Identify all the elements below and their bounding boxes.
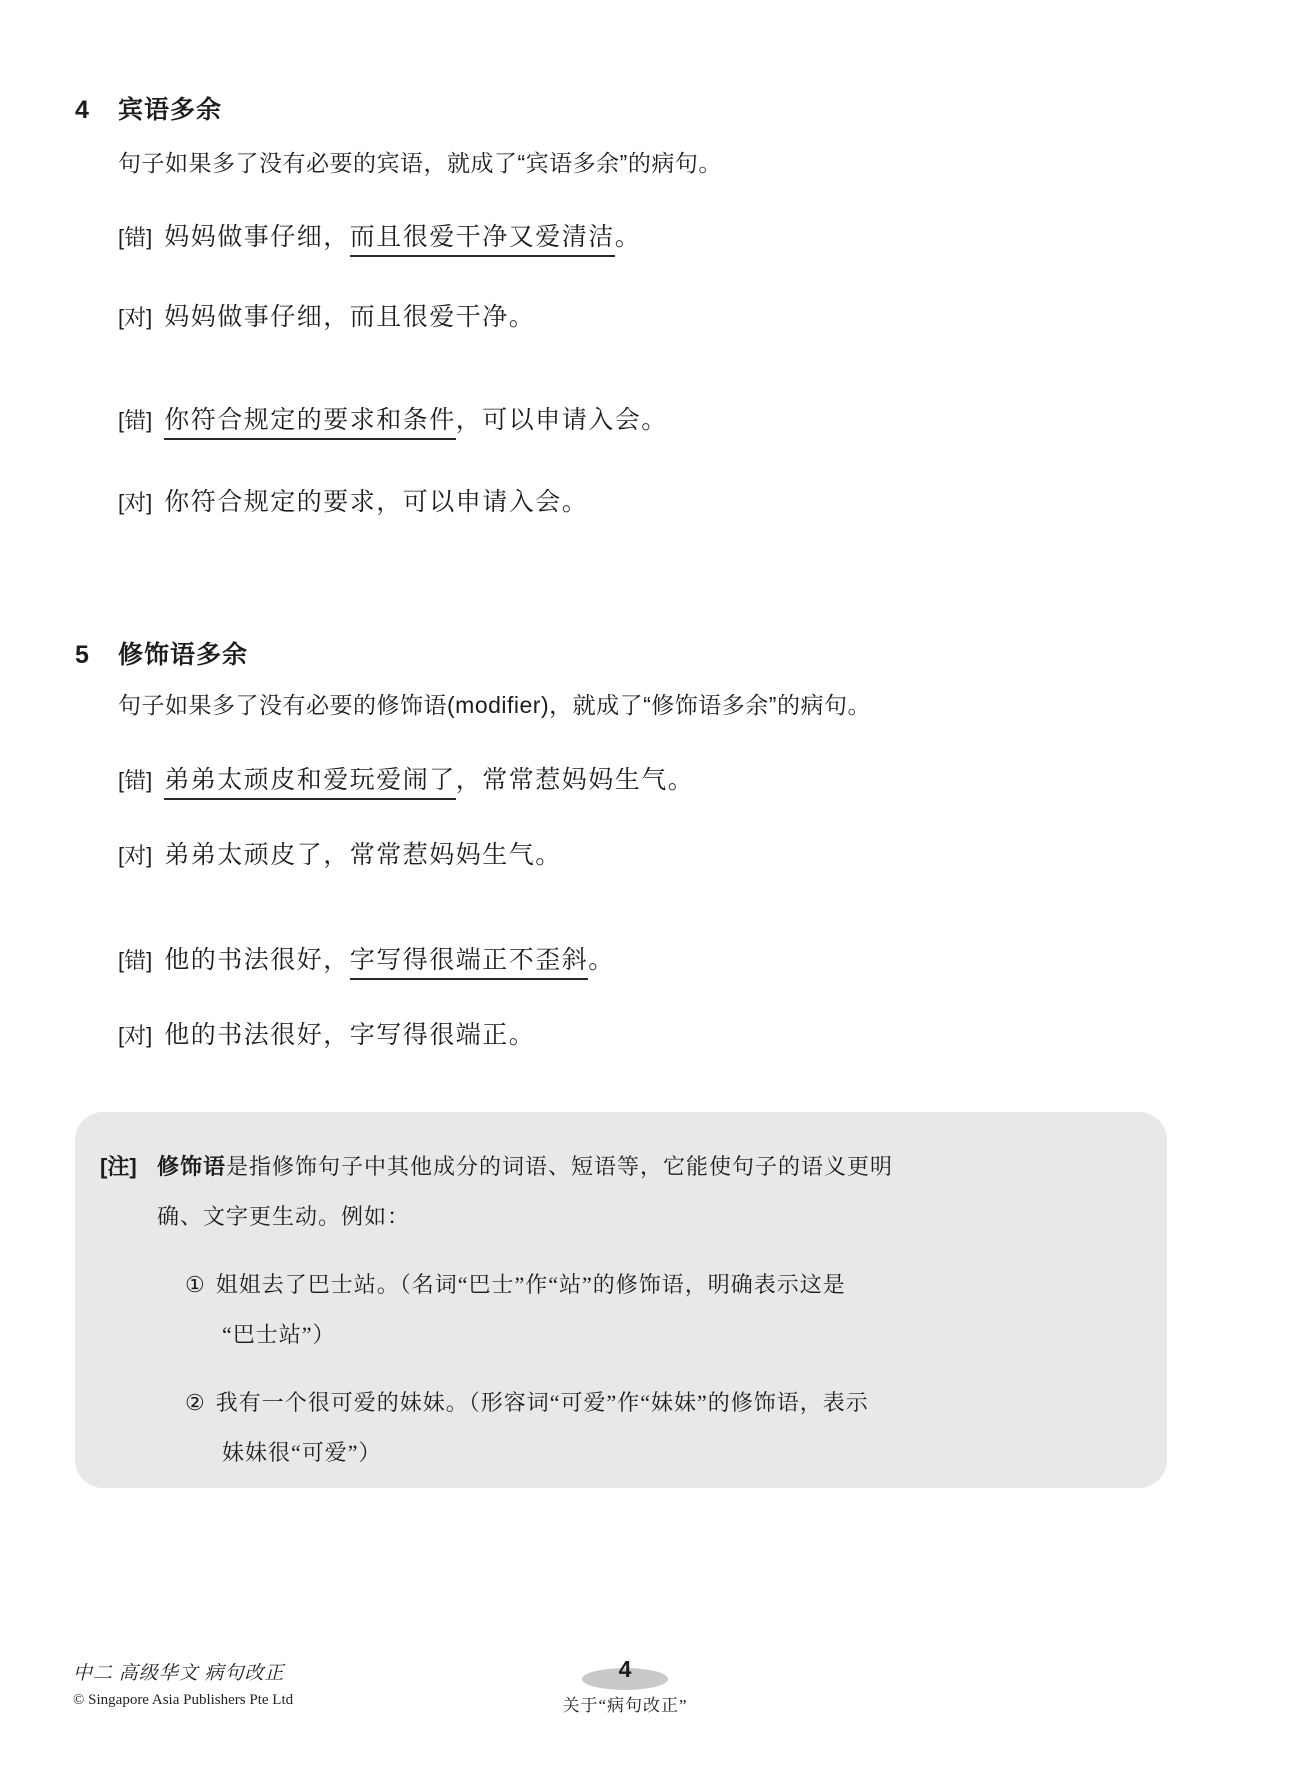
right-example-4: [对]他的书法很好，字写得很端正。 bbox=[118, 1018, 535, 1054]
sentence-post: ，可以申请入会。 bbox=[456, 407, 668, 434]
sentence-text: 他的书法很好，字写得很端正。 bbox=[164, 1022, 535, 1049]
wrong-tag: [错] bbox=[118, 768, 152, 793]
note-box: [注] 修饰语是指修饰句子中其他成分的词语、短语等，它能使句子的语义更明 确、文… bbox=[75, 1112, 1167, 1488]
footer-center: 4 关于“病句改正” bbox=[510, 1656, 740, 1736]
footer-left: 中二 高级华文 病句改正 © Singapore Asia Publishers… bbox=[73, 1658, 293, 1709]
circled-2-marker: ② bbox=[185, 1390, 206, 1415]
note-example-1-line-1: 姐姐去了巴士站。（名词“巴士”作“站”的修饰语，明确表示这是 bbox=[216, 1272, 846, 1297]
right-example-3: [对]弟弟太顽皮了，常常惹妈妈生气。 bbox=[118, 838, 562, 874]
wrong-tag: [错] bbox=[118, 225, 152, 250]
page-number: 4 bbox=[510, 1656, 740, 1683]
section-4-intro: 句子如果多了没有必要的宾语，就成了“宾语多余”的病句。 bbox=[118, 148, 722, 179]
note-label: [注] bbox=[100, 1142, 157, 1478]
wrong-example-4: [错]他的书法很好，字写得很端正不歪斜。 bbox=[118, 943, 615, 979]
sentence-post: ，常常惹妈妈生气。 bbox=[456, 767, 695, 794]
wrong-example-1: [错]妈妈做事仔细，而且很爱干净又爱清洁。 bbox=[118, 220, 641, 256]
section-5-title: 修饰语多余 bbox=[118, 635, 248, 671]
right-tag: [对] bbox=[118, 490, 152, 515]
circled-1-marker: ① bbox=[185, 1272, 206, 1297]
section-4-heading: 4 宾语多余 bbox=[75, 90, 222, 126]
wrong-tag: [错] bbox=[118, 408, 152, 433]
right-tag: [对] bbox=[118, 1023, 152, 1048]
note-example-1: ①姐姐去了巴士站。（名词“巴士”作“站”的修饰语，明确表示这是 “巴士站”） bbox=[185, 1260, 1139, 1360]
section-5-heading: 5 修饰语多余 bbox=[75, 635, 248, 671]
note-example-2: ②我有一个很可爱的妹妹。（形容词“可爱”作“妹妹”的修饰语，表示 妹妹很“可爱”… bbox=[185, 1378, 1139, 1478]
note-term: 修饰语 bbox=[157, 1154, 226, 1179]
right-tag: [对] bbox=[118, 305, 152, 330]
sentence-post: 。 bbox=[615, 224, 642, 251]
wrong-tag: [错] bbox=[118, 948, 152, 973]
sentence-text: 妈妈做事仔细，而且很爱干净。 bbox=[164, 304, 535, 331]
sentence-pre: 他的书法很好， bbox=[164, 947, 350, 974]
footer-chapter: 关于“病句改正” bbox=[510, 1691, 740, 1716]
underlined-phrase: 字写得很端正不歪斜 bbox=[350, 947, 589, 980]
sentence-post: 。 bbox=[588, 947, 615, 974]
section-4-title: 宾语多余 bbox=[118, 90, 222, 126]
note-body-line-1: 是指修饰句子中其他成分的词语、短语等，它能使句子的语义更明 bbox=[226, 1154, 893, 1179]
note-example-2-line-1: 我有一个很可爱的妹妹。（形容词“可爱”作“妹妹”的修饰语，表示 bbox=[216, 1390, 869, 1415]
wrong-example-3: [错]弟弟太顽皮和爱玩爱闹了，常常惹妈妈生气。 bbox=[118, 763, 694, 799]
note-example-2-line-2: 妹妹很“可爱”） bbox=[222, 1428, 1139, 1478]
wrong-example-2: [错]你符合规定的要求和条件，可以申请入会。 bbox=[118, 403, 668, 439]
note-paragraph: 修饰语是指修饰句子中其他成分的词语、短语等，它能使句子的语义更明 确、文字更生动… bbox=[157, 1142, 1139, 1242]
footer-book-title: 中二 高级华文 病句改正 bbox=[73, 1658, 293, 1685]
sentence-text: 弟弟太顽皮了，常常惹妈妈生气。 bbox=[164, 842, 562, 869]
section-5-intro: 句子如果多了没有必要的修饰语(modifier)，就成了“修饰语多余”的病句。 bbox=[118, 690, 871, 721]
underlined-phrase: 弟弟太顽皮和爱玩爱闹了 bbox=[164, 767, 456, 800]
right-example-1: [对]妈妈做事仔细，而且很爱干净。 bbox=[118, 300, 535, 336]
underlined-phrase: 你符合规定的要求和条件 bbox=[164, 407, 456, 440]
section-5-number: 5 bbox=[75, 641, 118, 670]
sentence-text: 你符合规定的要求，可以申请入会。 bbox=[164, 489, 588, 516]
section-4-number: 4 bbox=[75, 96, 118, 125]
right-example-2: [对]你符合规定的要求，可以申请入会。 bbox=[118, 485, 588, 521]
note-body-line-2: 确、文字更生动。例如： bbox=[157, 1192, 1139, 1242]
note-text: 修饰语是指修饰句子中其他成分的词语、短语等，它能使句子的语义更明 确、文字更生动… bbox=[157, 1142, 1139, 1478]
note-example-1-line-2: “巴士站”） bbox=[222, 1310, 1139, 1360]
footer-copyright: © Singapore Asia Publishers Pte Ltd bbox=[73, 1692, 293, 1709]
sentence-pre: 妈妈做事仔细， bbox=[164, 224, 350, 251]
underlined-phrase: 而且很爱干净又爱清洁 bbox=[350, 224, 615, 257]
document-page: 4 宾语多余 句子如果多了没有必要的宾语，就成了“宾语多余”的病句。 [错]妈妈… bbox=[0, 0, 1304, 1780]
right-tag: [对] bbox=[118, 843, 152, 868]
